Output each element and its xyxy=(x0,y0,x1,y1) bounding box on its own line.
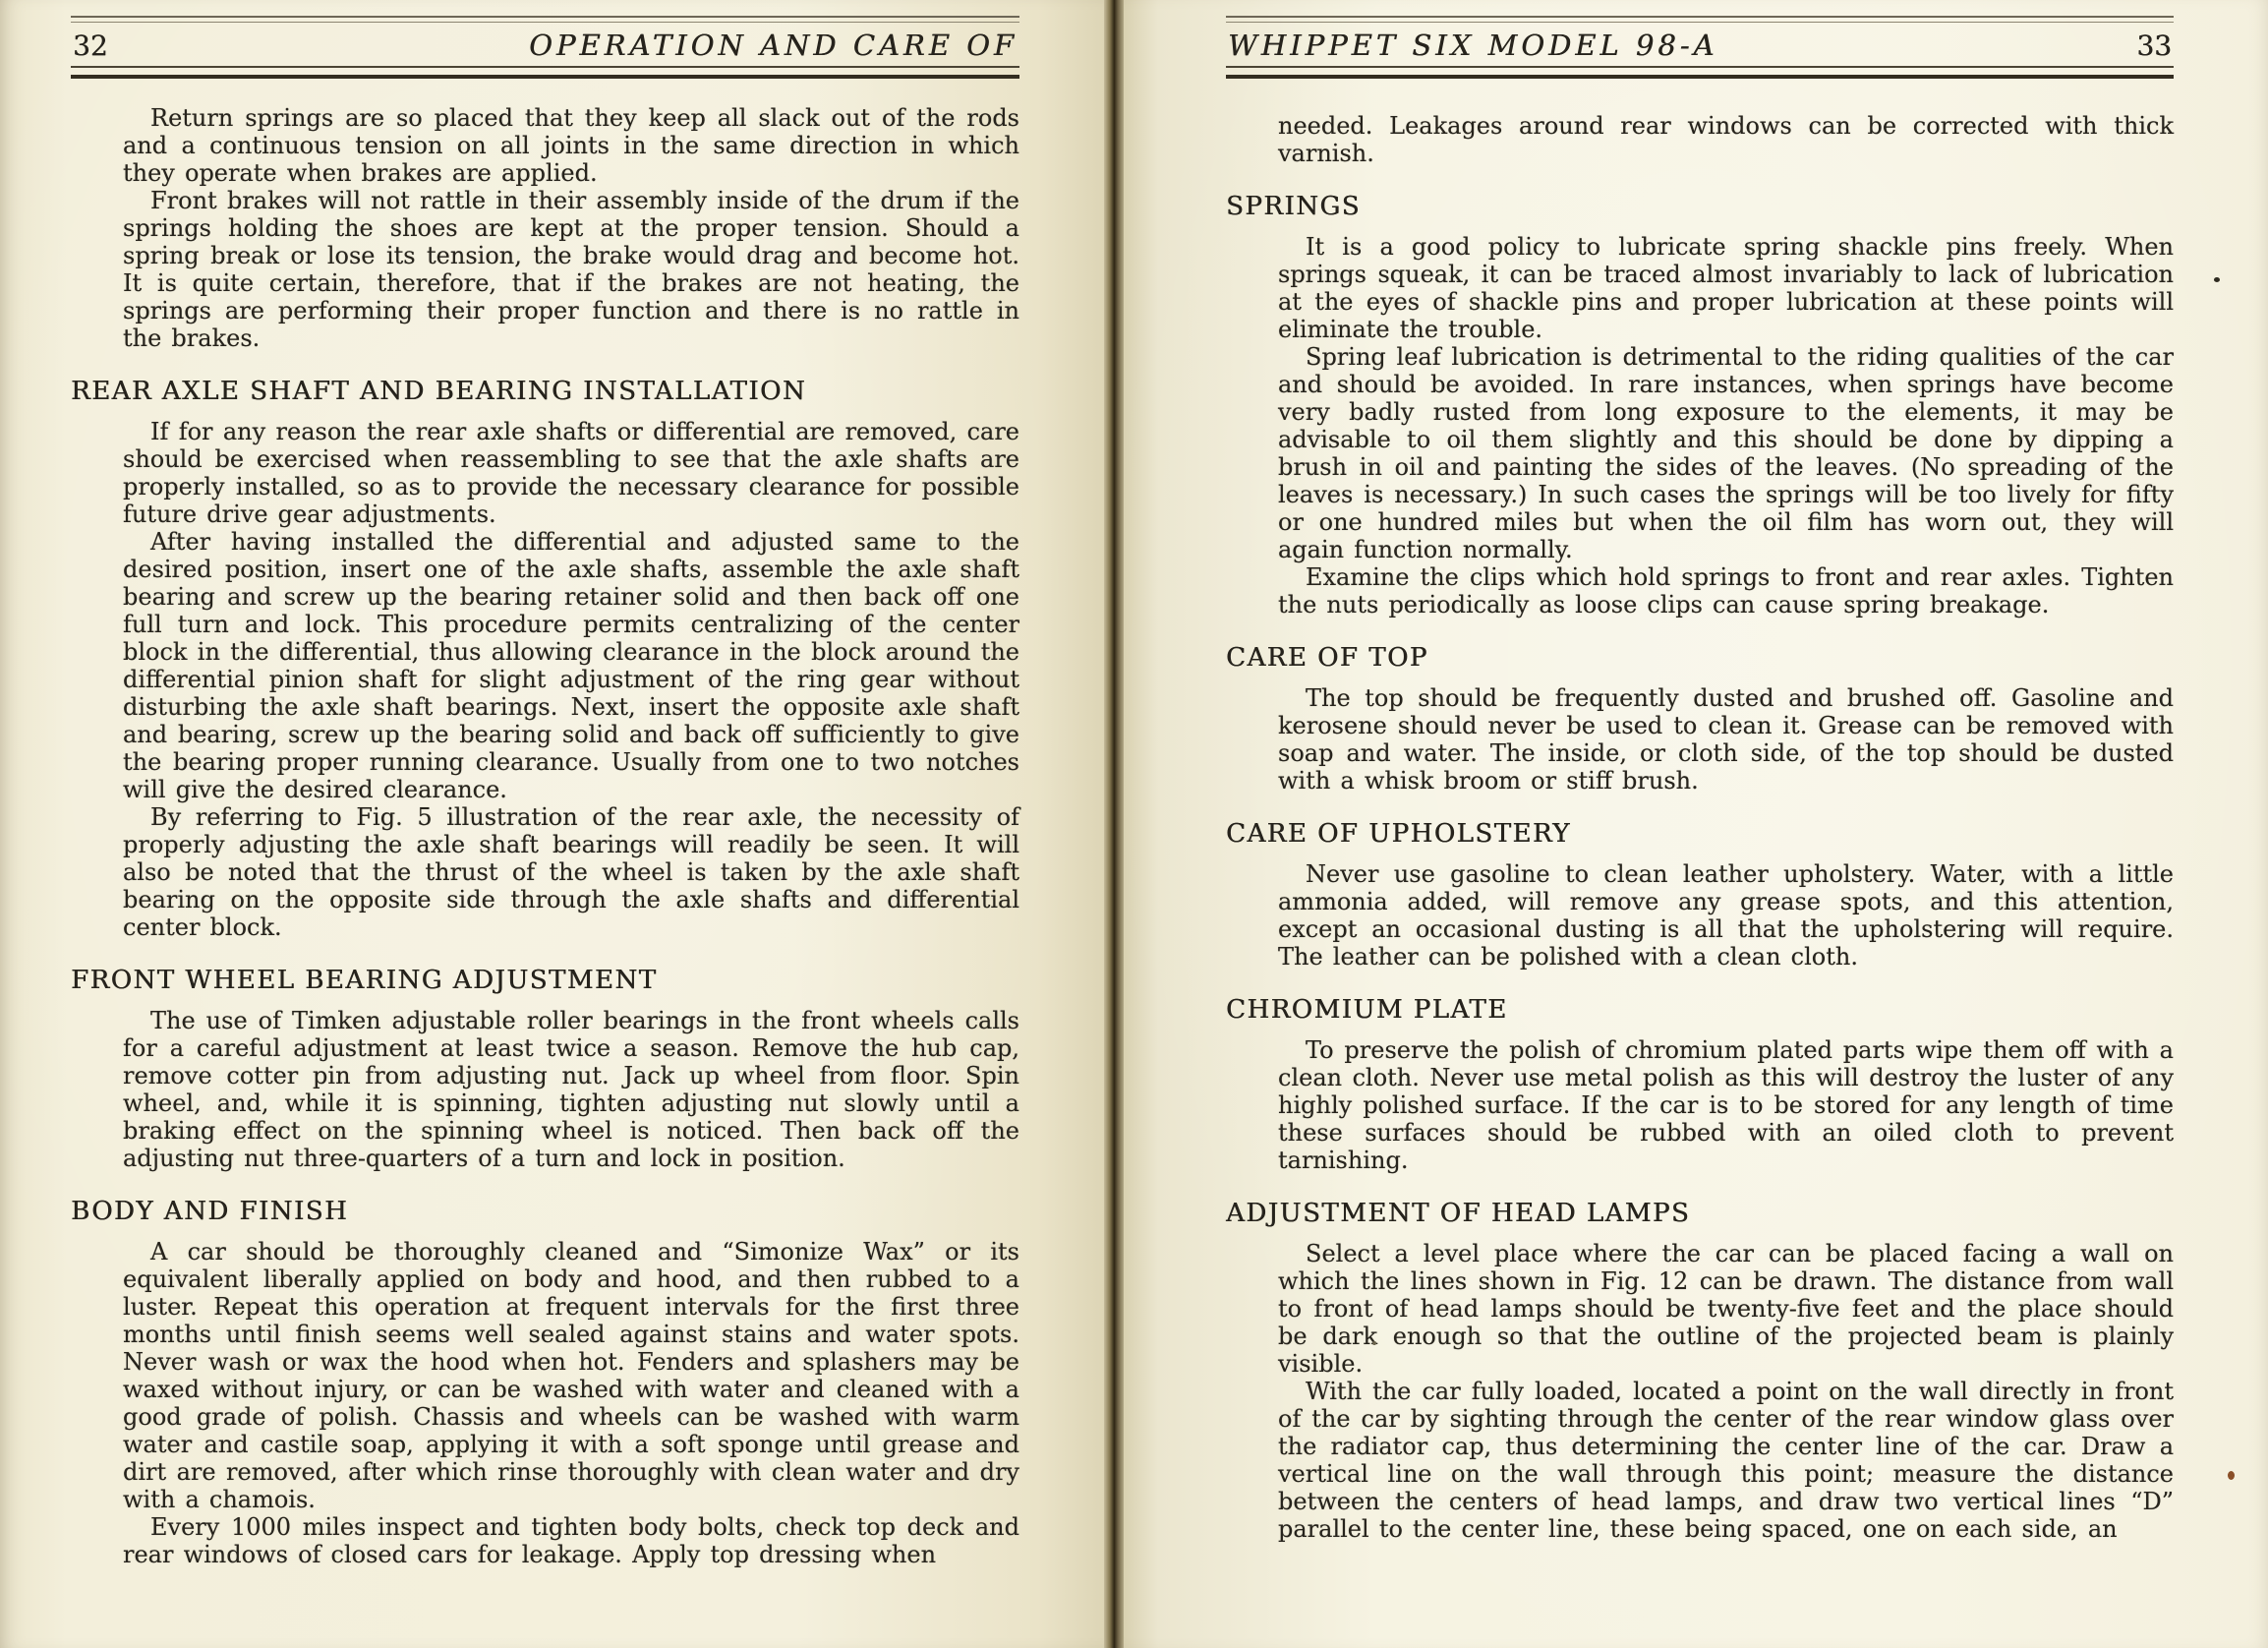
paragraph-every-1000-miles: Every 1000 miles inspect and tighten bod… xyxy=(123,1513,1019,1568)
heading-care-of-upholstery: CARE OF UPHOLSTERY xyxy=(1226,820,2174,848)
paragraph-examine-clips: Examine the clips which hold springs to … xyxy=(1278,563,2174,618)
header-rule-thin-right xyxy=(1226,66,2174,68)
paragraph-select-level-place: Select a level place where the car can b… xyxy=(1278,1240,2174,1378)
page-content-right: needed. Leakages around rear windows can… xyxy=(1226,112,2174,1543)
page-number-left: 32 xyxy=(73,29,108,62)
paragraph-front-brakes: Front brakes will not rattle in their as… xyxy=(123,187,1019,352)
paragraph-never-use-gasoline: Never use gasoline to clean leather upho… xyxy=(1278,860,2174,971)
paragraph-needed-leakages: needed. Leakages around rear windows can… xyxy=(1278,112,2174,167)
paragraph-spring-leaf-lubrication: Spring leaf lubrication is detrimental t… xyxy=(1278,343,2174,563)
header-rule-thin-left xyxy=(71,66,1019,68)
running-head-right: WHIPPET SIX MODEL 98-A xyxy=(1228,29,1718,62)
paragraph-preserve-polish: To preserve the polish of chromium plate… xyxy=(1278,1036,2174,1174)
header-rule-top-right xyxy=(1226,16,2174,23)
running-header-right: WHIPPET SIX MODEL 98-A 33 xyxy=(1226,23,2174,66)
paragraph-after-having-installed: After having installed the differential … xyxy=(123,528,1019,803)
paragraph-fig5-rear-axle: By referring to Fig. 5 illustration of t… xyxy=(123,803,1019,941)
page-right: WHIPPET SIX MODEL 98-A 33 needed. Leakag… xyxy=(1124,0,2268,1648)
page-gutter-binding xyxy=(1104,0,1124,1648)
paragraph-return-springs: Return springs are so placed that they k… xyxy=(123,104,1019,187)
page-number-right: 33 xyxy=(2136,29,2172,62)
book-spread: 32 OPERATION AND CARE OF Return springs … xyxy=(0,0,2268,1648)
heading-rear-axle-shaft-and-bearing-installation: REAR AXLE SHAFT AND BEARING INSTALLATION xyxy=(71,378,1019,405)
paragraph-car-fully-loaded: With the car fully loaded, located a poi… xyxy=(1278,1378,2174,1543)
heading-body-and-finish: BODY AND FINISH xyxy=(71,1198,1019,1225)
header-rule-top-left xyxy=(71,16,1019,23)
page-content-left: Return springs are so placed that they k… xyxy=(71,104,1019,1568)
running-head-left: OPERATION AND CARE OF xyxy=(529,29,1018,62)
page-left: 32 OPERATION AND CARE OF Return springs … xyxy=(0,0,1104,1648)
heading-care-of-top: CARE OF TOP xyxy=(1226,644,2174,672)
heading-springs: SPRINGS xyxy=(1226,193,2174,220)
paragraph-axle-removed: If for any reason the rear axle shafts o… xyxy=(123,418,1019,528)
paragraph-shackle-pins: It is a good policy to lubricate spring … xyxy=(1278,233,2174,343)
paragraph-simonize-wax: A car should be thoroughly cleaned and “… xyxy=(123,1238,1019,1513)
paragraph-top-dusted: The top should be frequently dusted and … xyxy=(1278,684,2174,795)
heading-adjustment-of-head-lamps: ADJUSTMENT OF HEAD LAMPS xyxy=(1226,1200,2174,1227)
header-rule-thick-left xyxy=(71,75,1019,79)
heading-chromium-plate: CHROMIUM PLATE xyxy=(1226,996,2174,1024)
header-rule-thick-right xyxy=(1226,75,2174,79)
paragraph-timken-bearings: The use of Timken adjustable roller bear… xyxy=(123,1007,1019,1172)
running-header-left: 32 OPERATION AND CARE OF xyxy=(71,23,1019,66)
heading-front-wheel-bearing-adjustment: FRONT WHEEL BEARING ADJUSTMENT xyxy=(71,967,1019,994)
